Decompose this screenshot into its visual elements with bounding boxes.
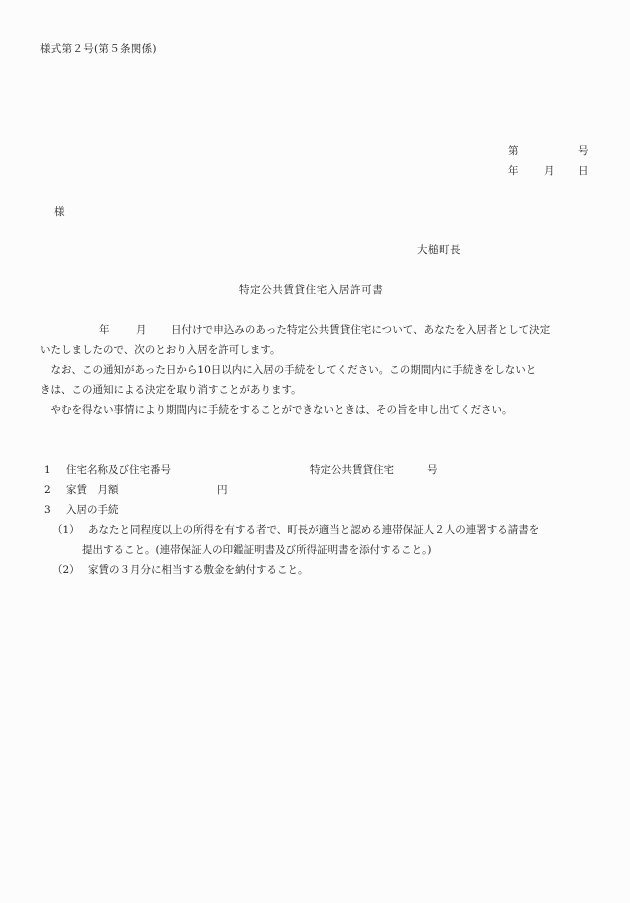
item-number: 1 — [44, 465, 51, 476]
notice-date-year: 年 — [508, 166, 519, 177]
document-title: 特定公共賃貸住宅入居許可書 — [239, 285, 383, 296]
item-value-suffix: 円 — [217, 485, 228, 496]
para1-line2: いたしましたので、次のとおり入居を許可します。 — [40, 345, 280, 356]
subitem-line2: 提出すること。(連帯保証人の印鑑証明書及び所得証明書を添付すること。) — [82, 545, 431, 556]
para1-month: 月 — [136, 325, 147, 336]
item-label: 家賃 月額 — [66, 485, 119, 496]
document-page: 様式第２号(第５条関係) 第 号 年 月 日 様 大槌町長 特定公共賃貸住宅入居… — [0, 0, 630, 903]
notice-date-day: 日 — [578, 166, 589, 177]
item-label: 入居の手続 — [66, 505, 119, 516]
subitem-line1: あなたと同程度以上の所得を有する者で、町長が適当と認める連帯保証人２人の連署する… — [88, 525, 539, 536]
item-number: 2 — [44, 485, 51, 496]
notice-date-month: 月 — [544, 166, 555, 177]
subitem-number: （2） — [52, 565, 80, 576]
notice-number-prefix: 第 — [508, 146, 519, 157]
item-value-label: 特定公共賃貸住宅 — [310, 465, 394, 476]
issuer: 大槌町長 — [417, 245, 461, 256]
item-value-suffix: 号 — [427, 465, 438, 476]
item-label: 住宅名称及び住宅番号 — [66, 465, 171, 476]
para2-line1: なお、この通知があった日から10日以内に入居の手続をしてください。この期間内に手… — [40, 365, 536, 376]
para3-line1: やむを得ない事情により期間内に手続をすることができないときは、その旨を申し出てく… — [40, 405, 513, 416]
form-label: 様式第２号(第５条関係) — [40, 44, 157, 55]
para1-year: 年 — [99, 325, 110, 336]
item-number: 3 — [44, 505, 51, 516]
subitem-number: （1） — [52, 525, 80, 536]
para1-line1: 日付けで申込みのあった特定公共賃貸住宅について、あなたを入居者として決定 — [171, 325, 550, 336]
notice-number-suffix: 号 — [578, 146, 589, 157]
para2-line2: きは、この通知による決定を取り消すことがあります。 — [40, 385, 302, 396]
addressee: 様 — [54, 207, 65, 218]
subitem-line1: 家賃の３月分に相当する敷金を納付すること。 — [88, 565, 309, 576]
